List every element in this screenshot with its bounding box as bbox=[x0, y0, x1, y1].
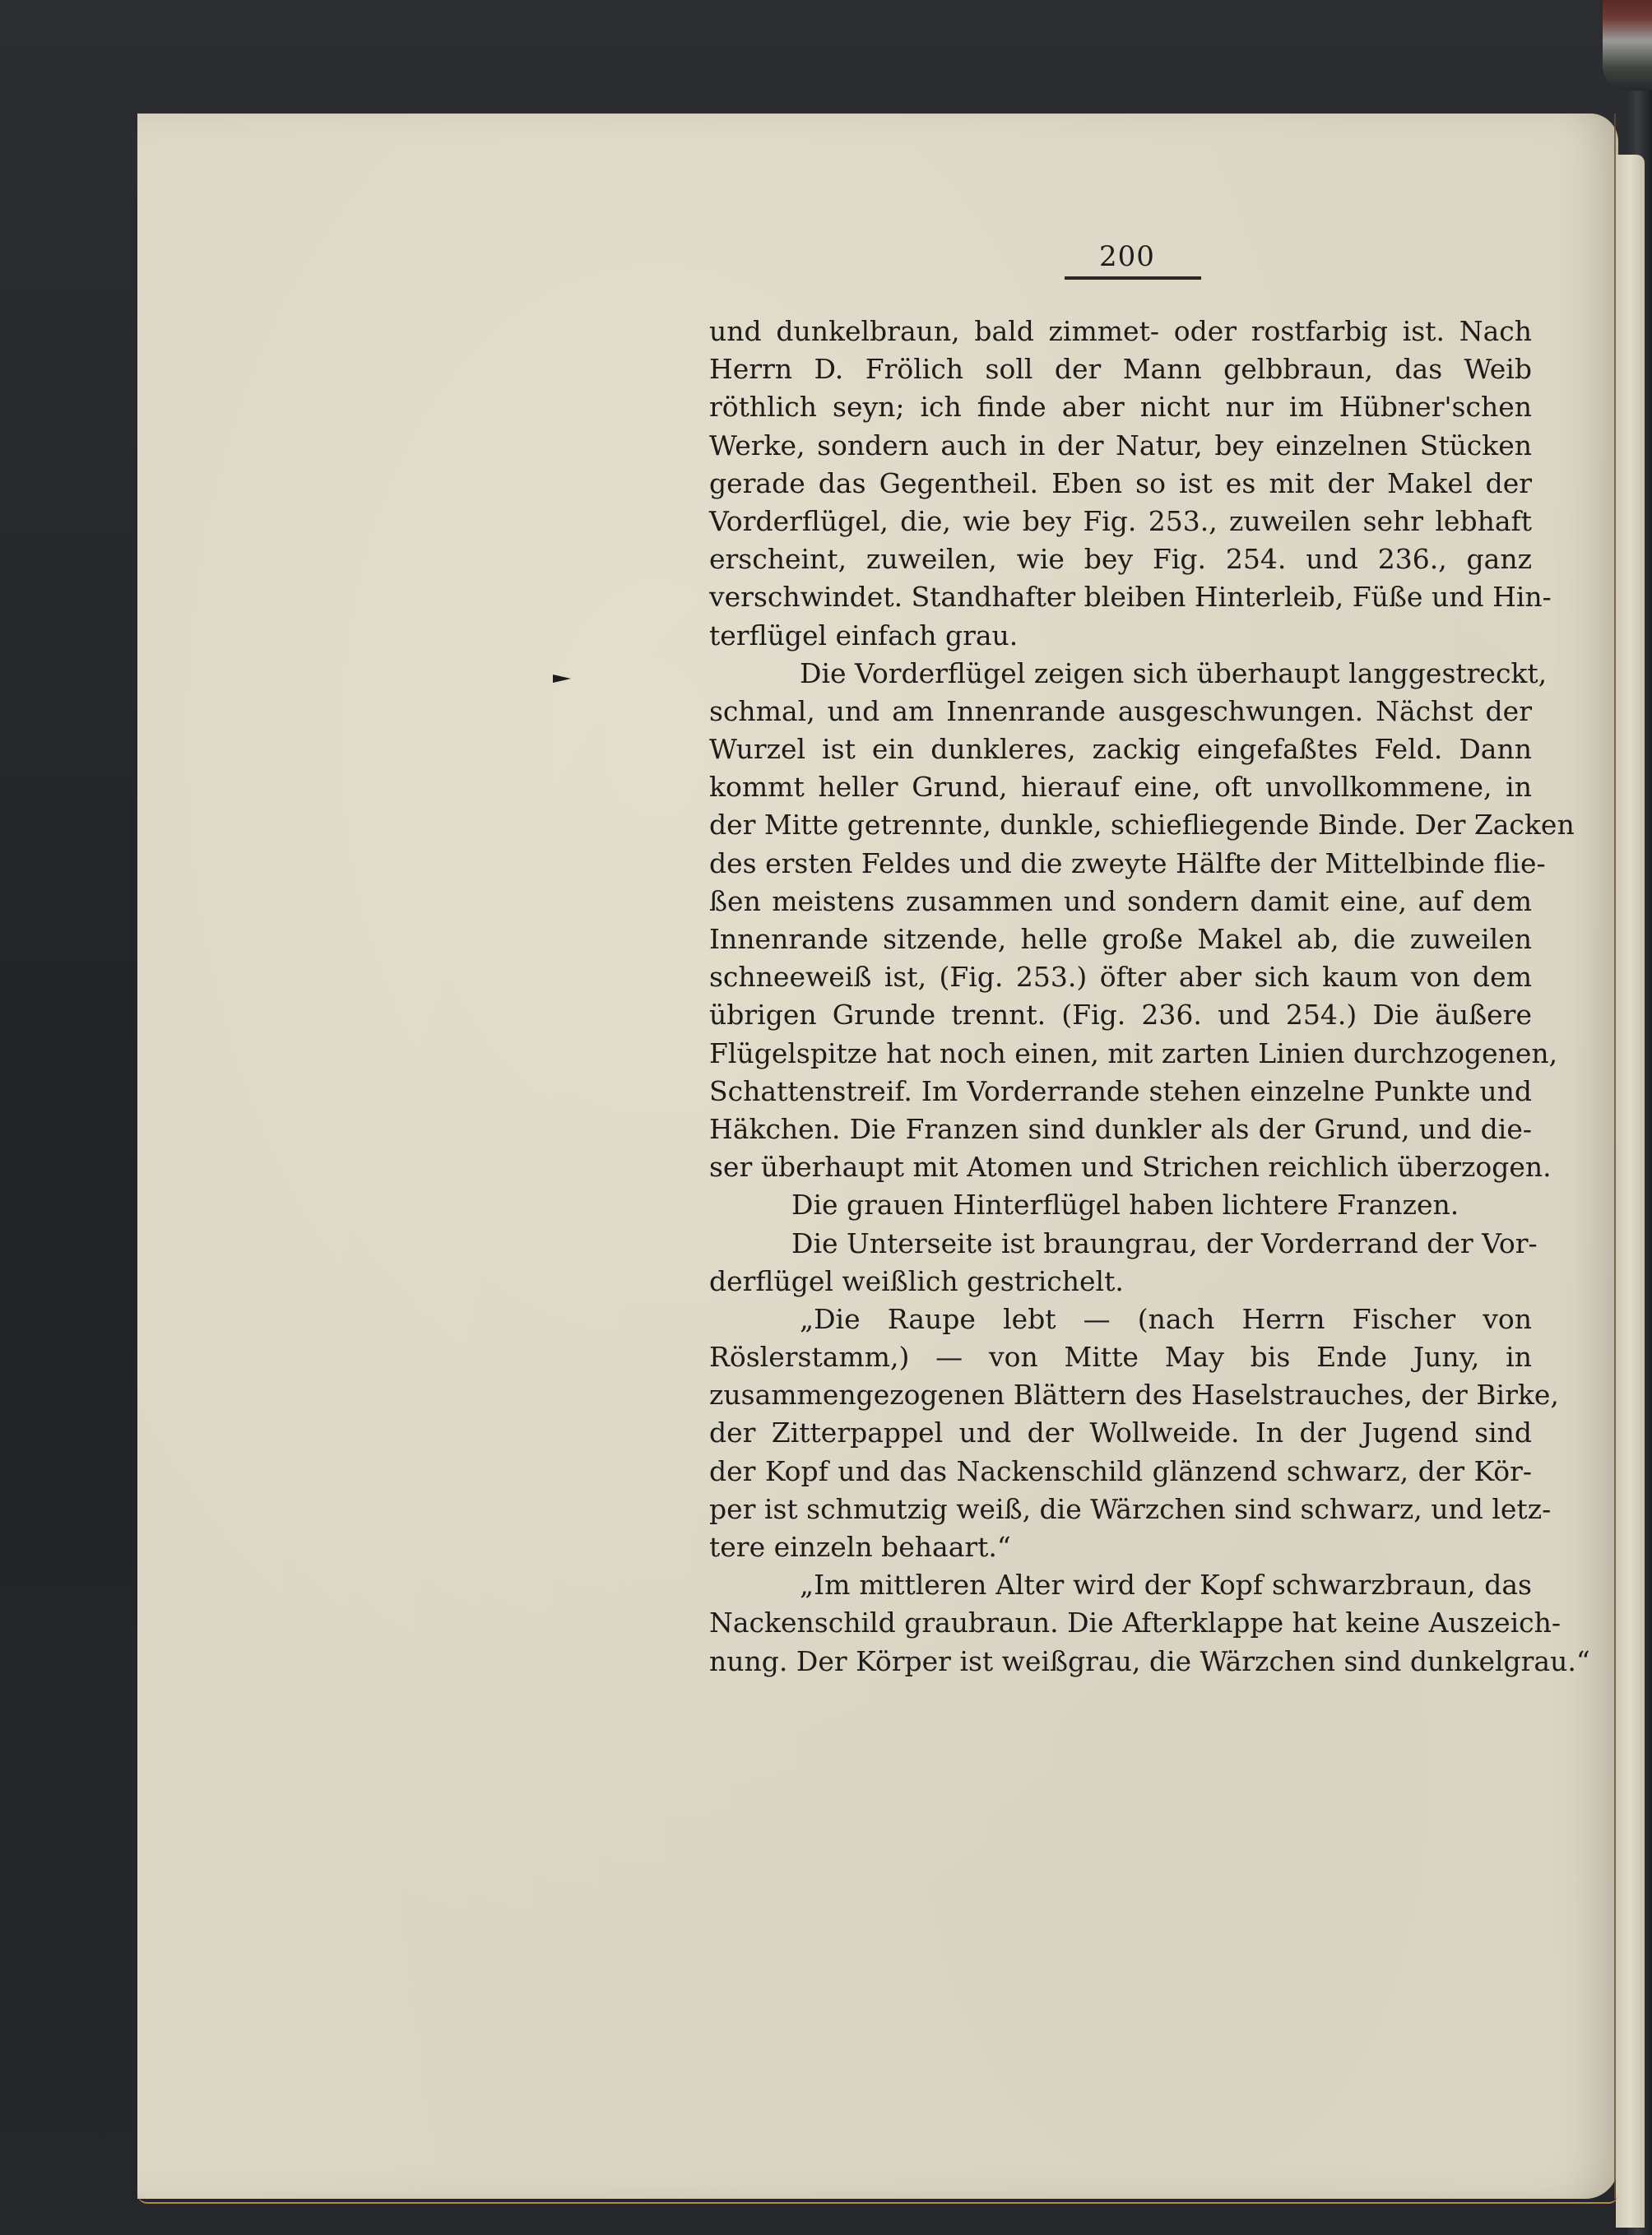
text-line: der Mitte getrennte, dunkle, schiefliege… bbox=[709, 806, 1532, 844]
text-line: schmal, und am Innenrande ausgeschwungen… bbox=[709, 693, 1532, 730]
paragraph-start-line: Die Unterseite ist braungrau, der Vorder… bbox=[709, 1225, 1532, 1263]
text-line: kommt heller Grund, hierauf eine, oft un… bbox=[709, 768, 1532, 806]
text-line: der Zitterpappel und der Wollweide. In d… bbox=[709, 1414, 1532, 1452]
text-line: ßen meistens zusammen und sondern damit … bbox=[709, 883, 1532, 920]
text-line: verschwindet. Standhafter bleiben Hinter… bbox=[709, 578, 1532, 616]
text-line: per ist schmutzig weiß, die Wärzchen sin… bbox=[709, 1491, 1532, 1528]
margin-arrow-icon bbox=[553, 675, 571, 683]
text-line: zusammengezogenen Blättern des Haselstra… bbox=[709, 1376, 1532, 1414]
text-line: Herrn D. Frölich soll der Mann gelbbraun… bbox=[709, 350, 1532, 388]
book-ribbon bbox=[1603, 0, 1652, 90]
text-line: gerade das Gegentheil. Eben so ist es mi… bbox=[709, 465, 1532, 503]
page-number: 200 bbox=[1061, 240, 1193, 273]
adjacent-leaf bbox=[1616, 155, 1645, 2228]
text-line: tere einzeln behaart.“ bbox=[709, 1528, 1532, 1566]
text-line: Häkchen. Die Franzen sind dunkler als de… bbox=[709, 1111, 1532, 1148]
page-bottom-edge bbox=[137, 2194, 1618, 2204]
text-line: nung. Der Körper ist weißgrau, die Wärzc… bbox=[709, 1643, 1532, 1681]
text-line: erscheint, zuweilen, wie bey Fig. 254. u… bbox=[709, 540, 1532, 578]
page-number-rule bbox=[1065, 276, 1201, 280]
text-line: Nackenschild graubraun. Die Afterklappe … bbox=[709, 1604, 1532, 1642]
text-line: Schattenstreif. Im Vorderrande stehen ei… bbox=[709, 1073, 1532, 1111]
text-line: ser überhaupt mit Atomen und Strichen re… bbox=[709, 1148, 1532, 1186]
text-line: Werke, sondern auch in der Natur, bey ei… bbox=[709, 427, 1532, 465]
text-line: des ersten Feldes und die zweyte Hälfte … bbox=[709, 845, 1532, 883]
page-fold-line bbox=[1614, 114, 1616, 2199]
text-line: Wurzel ist ein dunkleres, zackig eingefa… bbox=[709, 730, 1532, 768]
text-line: terflügel einfach grau. bbox=[709, 617, 1532, 655]
text-line: schneeweiß ist, (Fig. 253.) öfter aber s… bbox=[709, 958, 1532, 996]
quote-start-line: „Im mittleren Alter wird der Kopf schwar… bbox=[709, 1566, 1532, 1604]
body-text: und dunkelbraun, bald zimmet- oder rostf… bbox=[709, 313, 1532, 1681]
text-line: und dunkelbraun, bald zimmet- oder rostf… bbox=[709, 313, 1532, 350]
text-line: Innenrande sitzende, helle große Makel a… bbox=[709, 920, 1532, 958]
paragraph-start-line: Die grauen Hinterflügel haben lichtere F… bbox=[709, 1186, 1532, 1224]
text-line: röthlich seyn; ich finde aber nicht nur … bbox=[709, 388, 1532, 426]
text-line: derflügel weißlich gestrichelt. bbox=[709, 1263, 1532, 1301]
text-line: der Kopf und das Nackenschild glänzend s… bbox=[709, 1453, 1532, 1491]
text-line: Flügelspitze hat noch einen, mit zarten … bbox=[709, 1035, 1532, 1073]
quote-start-line: „Die Raupe lebt — (nach Herrn Fischer vo… bbox=[709, 1301, 1532, 1338]
text-line: Vorderflügel, die, wie bey Fig. 253., zu… bbox=[709, 503, 1532, 540]
paragraph-start-line: Die Vorderflügel zeigen sich überhaupt l… bbox=[709, 655, 1532, 693]
text-line: übrigen Grunde trennt. (Fig. 236. und 25… bbox=[709, 996, 1532, 1034]
text-line: Röslerstamm,) — von Mitte May bis Ende J… bbox=[709, 1338, 1532, 1376]
